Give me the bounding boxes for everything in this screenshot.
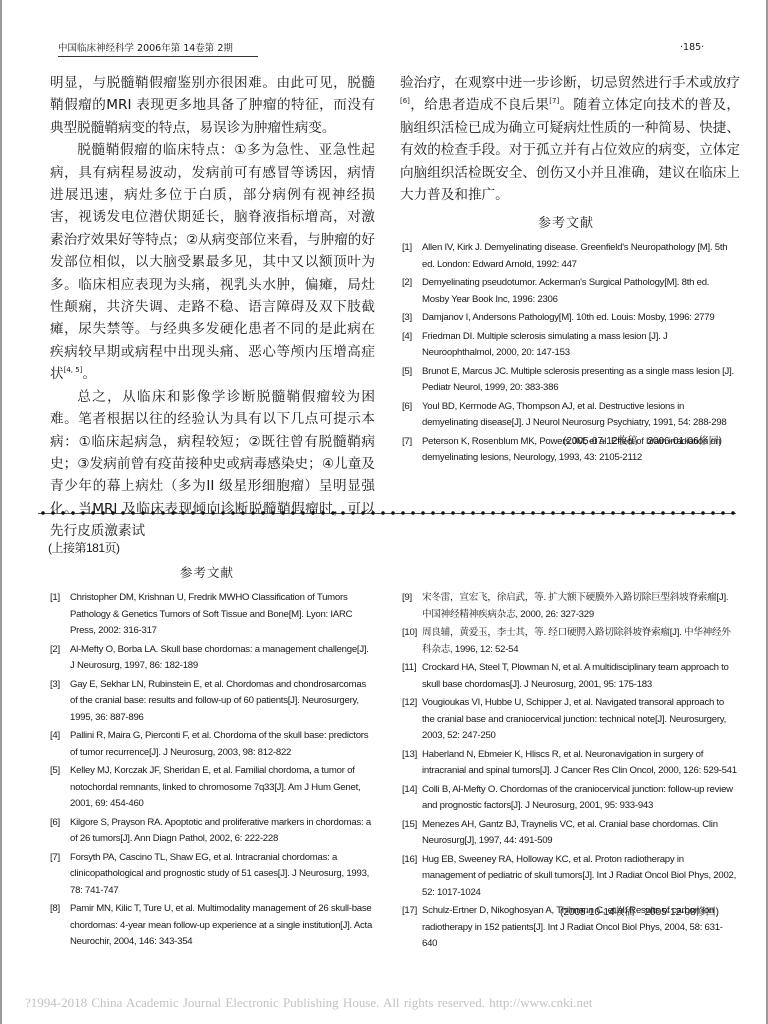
reference-number: [17] [402, 903, 422, 953]
received-revised-dates: (2005-07-12收稿 2006-01-06修回) [563, 432, 722, 447]
reference-item: [4]Pallini R, Maira G, Pierconti F, et a… [50, 728, 375, 761]
reference-item: [7]Forsyth PA, Cascino TL, Shaw EG, et a… [50, 850, 375, 900]
reference-list-continued-right: [9]宋冬雷，宣宏飞，徐启武，等. 扩大额下硬膜外入路切除巨型斜坡脊索瘤[J].… [402, 590, 737, 955]
reference-text: Al-Mefty O, Borba LA. Skull base chordom… [70, 642, 375, 675]
reference-number: [6] [50, 815, 70, 848]
reference-number: [10] [402, 625, 422, 658]
reference-text: Christopher DM, Krishnan U, Fredrik MWHO… [70, 590, 375, 640]
reference-number: [4] [50, 728, 70, 761]
reference-item: [12]Vougioukas VI, Hubbe U, Schipper J, … [402, 695, 737, 745]
reference-text: Kelley MJ, Korczak JF, Sheridan E, et al… [70, 763, 375, 813]
paragraph-4: 验治疗，在观察中进一步诊断，切忌贸然进行手术或放疗[6]，给患者造成不良后果[7… [400, 72, 740, 206]
received-revised-dates-continued: (2005-10-14收稿 2005-12-08修回) [560, 903, 719, 918]
reference-number: [8] [50, 901, 70, 951]
reference-number: [7] [50, 850, 70, 900]
reference-number: [9] [402, 590, 422, 623]
citation-4-5: [4, 5] [64, 366, 83, 374]
reference-item: [14]Colli B, Al-Mefty O. Chordomas of th… [402, 782, 737, 815]
reference-text: 周良辅，黄爱玉，李士其，等. 经口硬腭入路切除斜坡脊索瘤[J]. 中华神经外科杂… [422, 625, 737, 658]
reference-text: Vougioukas VI, Hubbe U, Schipper J, et a… [422, 695, 737, 745]
reference-text: Colli B, Al-Mefty O. Chordomas of the cr… [422, 782, 737, 815]
reference-item: [2]Al-Mefty O, Borba LA. Skull base chor… [50, 642, 375, 675]
reference-text: Pamir MN, Kilic T, Ture U, et al. Multim… [70, 901, 375, 951]
reference-number: [7] [402, 434, 422, 467]
reference-text: Forsyth PA, Cascino TL, Shaw EG, et al. … [70, 850, 375, 900]
page-number: ·185· [680, 42, 704, 53]
references-title-continued: 参考文献 [180, 563, 234, 581]
reference-list-continued-left: [1]Christopher DM, Krishnan U, Fredrik M… [50, 590, 375, 953]
reference-number: [11] [402, 660, 422, 693]
reference-number: [5] [50, 763, 70, 813]
reference-text: Pallini R, Maira G, Pierconti F, et al. … [70, 728, 375, 761]
reference-number: [15] [402, 817, 422, 850]
reference-item: [13]Haberland N, Ebmeier K, Hliscs R, et… [402, 747, 737, 780]
reference-text: Kilgore S, Prayson RA. Apoptotic and pro… [70, 815, 375, 848]
references-title: 参考文献 [538, 212, 594, 231]
reference-item: [6]Youl BD, Kermode AG, Thompson AJ, et … [402, 399, 737, 432]
reference-number: [1] [402, 240, 422, 273]
paragraph-3: 总之，从临床和影像学诊断脱髓鞘假瘤较为困难。笔者根据以往的经验认为具有以下几点可… [50, 386, 375, 543]
reference-item: [9]宋冬雷，宣宏飞，徐启武，等. 扩大额下硬膜外入路切除巨型斜坡脊索瘤[J].… [402, 590, 737, 623]
reference-text: Brunot E, Marcus JC. Multiple sclerosis … [422, 364, 737, 397]
reference-number: [2] [50, 642, 70, 675]
reference-item: [1]Christopher DM, Krishnan U, Fredrik M… [50, 590, 375, 640]
paragraph-2-text: 脱髓鞘假瘤的临床特点：①多为急性、亚急性起病，具有病程易波动，发病前可有感冒等诱… [50, 142, 375, 382]
reference-item: [11]Crockard HA, Steel T, Plowman N, et … [402, 660, 737, 693]
reference-number: [13] [402, 747, 422, 780]
reference-text: Youl BD, Kermode AG, Thompson AJ, et al.… [422, 399, 737, 432]
reference-text: Gay E, Sekhar LN, Rubinstein E, et al. C… [70, 677, 375, 727]
article-right-column: 验治疗，在观察中进一步诊断，切忌贸然进行手术或放疗[6]，给患者造成不良后果[7… [400, 72, 740, 206]
reference-number: [3] [50, 677, 70, 727]
citation-7: [7] [549, 97, 559, 105]
reference-number: [1] [50, 590, 70, 640]
reference-item: [3]Gay E, Sekhar LN, Rubinstein E, et al… [50, 677, 375, 727]
reference-item: [3]Damjanov I, Andersons Pathology[M]. 1… [402, 310, 737, 327]
reference-item: [6]Kilgore S, Prayson RA. Apoptotic and … [50, 815, 375, 848]
reference-item: [5]Brunot E, Marcus JC. Multiple scleros… [402, 364, 737, 397]
article-left-column: 明显，与脱髓鞘假瘤鉴别亦很困难。由此可见，脱髓鞘假瘤的MRI 表现更多地具备了肿… [50, 72, 375, 543]
reference-item: [2]Demyelinating pseudotumor. Ackerman's… [402, 275, 737, 308]
reference-text: Crockard HA, Steel T, Plowman N, et al. … [422, 660, 737, 693]
continued-from-label: (上接第181页) [48, 539, 120, 556]
reference-item: [5]Kelley MJ, Korczak JF, Sheridan E, et… [50, 763, 375, 813]
reference-number: [16] [402, 852, 422, 902]
citation-6: [6] [400, 97, 410, 105]
reference-text: Friedman DI. Multiple sclerosis simulati… [422, 329, 737, 362]
reference-number: [4] [402, 329, 422, 362]
reference-text: Allen IV, Kirk J. Demyelinating disease.… [422, 240, 737, 273]
reference-item: [4]Friedman DI. Multiple sclerosis simul… [402, 329, 737, 362]
reference-text: Damjanov I, Andersons Pathology[M]. 10th… [422, 310, 737, 327]
paragraph-2: 脱髓鞘假瘤的临床特点：①多为急性、亚急性起病，具有病程易波动，发病前可有感冒等诱… [50, 139, 375, 385]
section-divider [38, 511, 736, 515]
reference-item: [8]Pamir MN, Kilic T, Ture U, et al. Mul… [50, 901, 375, 951]
paragraph-2-tail: 。 [82, 366, 96, 382]
reference-text: Haberland N, Ebmeier K, Hliscs R, et al.… [422, 747, 737, 780]
reference-item: [10]周良辅，黄爱玉，李士其，等. 经口硬腭入路切除斜坡脊索瘤[J]. 中华神… [402, 625, 737, 658]
reference-number: [6] [402, 399, 422, 432]
copyright-footer: ?1994-2018 China Academic Journal Electr… [25, 995, 592, 1011]
reference-number: [2] [402, 275, 422, 308]
reference-item: [15]Menezes AH, Gantz BJ, Traynelis VC, … [402, 817, 737, 850]
reference-text: Hug EB, Sweeney RA, Holloway KC, et al. … [422, 852, 737, 902]
reference-number: [14] [402, 782, 422, 815]
paragraph-4-seg1: 验治疗，在观察中进一步诊断，切忌贸然进行手术或放疗 [400, 75, 740, 91]
reference-text: Demyelinating pseudotumor. Ackerman's Su… [422, 275, 737, 308]
journal-running-head: 中国临床神经科学 2006年第 14卷第 2期 [58, 40, 258, 57]
page-border-left [0, 0, 2, 1024]
reference-text: 宋冬雷，宣宏飞，徐启武，等. 扩大额下硬膜外入路切除巨型斜坡脊索瘤[J]. 中国… [422, 590, 737, 623]
reference-number: [5] [402, 364, 422, 397]
reference-item: [16]Hug EB, Sweeney RA, Holloway KC, et … [402, 852, 737, 902]
reference-number: [3] [402, 310, 422, 327]
paragraph-1: 明显，与脱髓鞘假瘤鉴别亦很困难。由此可见，脱髓鞘假瘤的MRI 表现更多地具备了肿… [50, 72, 375, 139]
reference-text: Menezes AH, Gantz BJ, Traynelis VC, et a… [422, 817, 737, 850]
reference-number: [12] [402, 695, 422, 745]
reference-item: [1]Allen IV, Kirk J. Demyelinating disea… [402, 240, 737, 273]
paragraph-4-seg2: ，给患者造成不良后果 [410, 97, 549, 113]
